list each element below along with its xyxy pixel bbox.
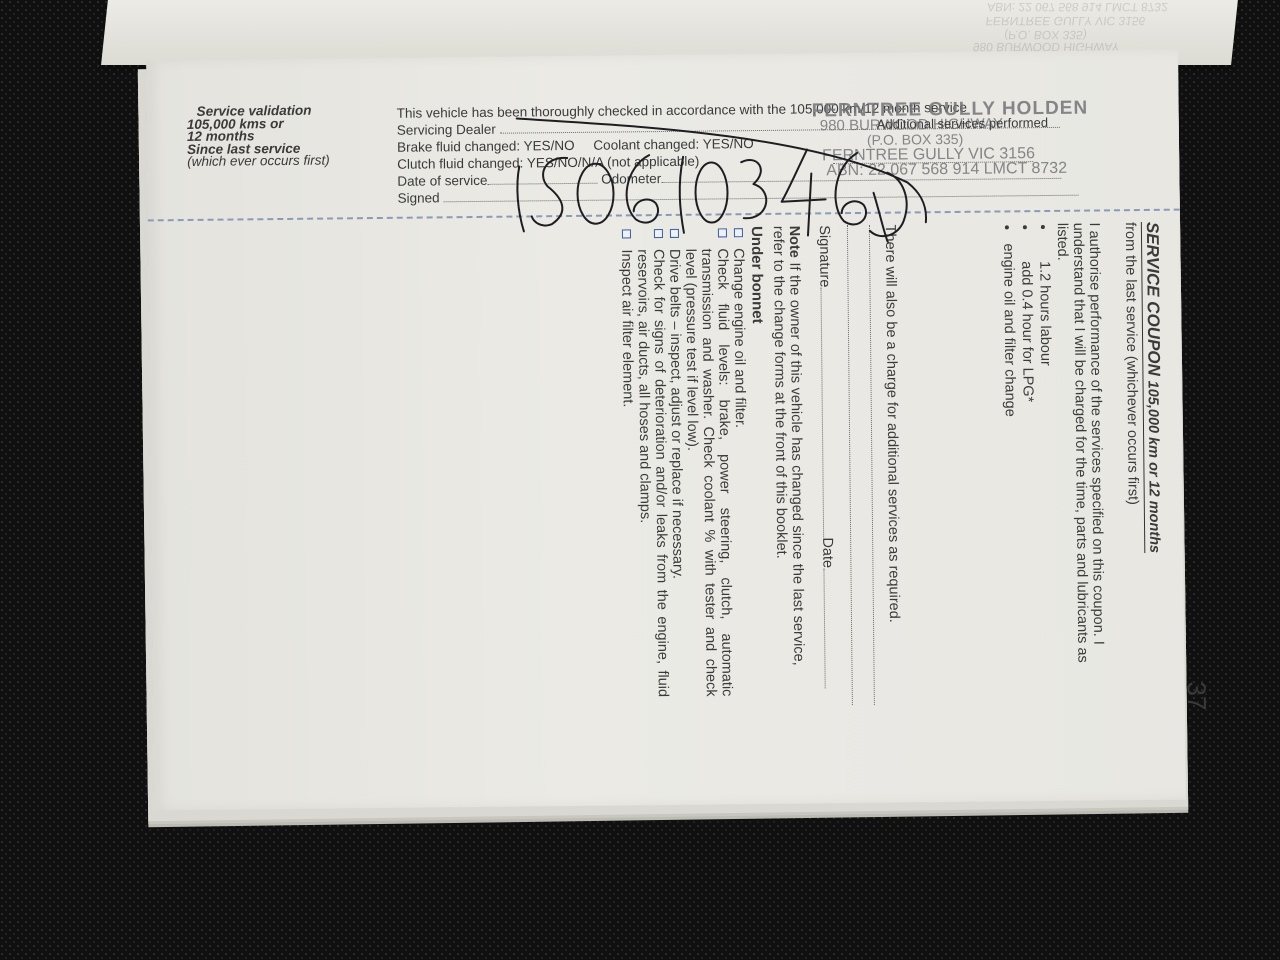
coolant-option[interactable]: Coolant changed: YES/NO (593, 136, 754, 153)
clutch-fluid-option[interactable]: Clutch fluid changed: YES/NO/N/A (not ap… (397, 154, 699, 172)
mirrored-stamp-line: ABN: 22 067 568 914 LMCT 8732 (986, 0, 1168, 14)
additional-services-line-2[interactable] (847, 225, 853, 705)
checkbox-icon[interactable] (670, 229, 679, 238)
page-number: 37 (1189, 681, 1205, 710)
date-of-service-label: Date of service (397, 173, 487, 189)
coupon-title: SERVICE COUPON 105,000 km or 12 months (1141, 222, 1163, 553)
checkbox-icon[interactable] (654, 229, 663, 238)
list-item: add 0.4 hour for LPG* (1016, 223, 1036, 417)
coupon-interval: 105,000 km or 12 months (1145, 381, 1163, 554)
date-line[interactable] (823, 568, 835, 688)
additional-charge-notice: There will also be a charge for addition… (882, 225, 902, 623)
checkbox-icon[interactable] (718, 228, 727, 237)
note-text: If the owner of this vehicle has changed… (770, 226, 807, 666)
checklist-item: Check for signs of deterioration and/or … (634, 227, 671, 697)
signature-date-row: SignatureDate (816, 225, 837, 688)
under-bonnet-checklist: Change engine oil and filter. Check flui… (618, 226, 751, 697)
note-label: Note (786, 226, 802, 258)
labour-list: 1.2 hours labour add 0.4 hour for LPG* e… (998, 223, 1054, 417)
servicing-dealer-label: Servicing Dealer (397, 122, 496, 138)
validation-label: Service validation 105,000 kms or 12 mon… (187, 105, 330, 169)
checkbox-icon[interactable] (734, 228, 743, 237)
date-label: Date (819, 537, 835, 568)
list-item: 1.2 hours labour (1034, 223, 1054, 417)
ownership-note: Note If the owner of this vehicle has ch… (770, 226, 807, 666)
bullet-icon (1005, 225, 1009, 229)
service-validation-section: Service validation 105,000 kms or 12 mon… (146, 50, 1180, 223)
list-item: engine oil and filter change (998, 223, 1018, 417)
dealer-stamp: FERNTREE GULLY HOLDEN 980 BURWOOD HIGHWA… (812, 101, 1089, 179)
booklet-page: Service validation 105,000 kms or 12 mon… (146, 50, 1186, 811)
validation-whichever: (which ever occurs first) (187, 155, 330, 169)
checkbox-icon[interactable] (622, 229, 631, 238)
bullet-icon (1023, 225, 1027, 229)
signed-line[interactable] (443, 185, 1078, 203)
service-coupon: SERVICE COUPON 105,000 km or 12 months f… (360, 222, 1166, 790)
additional-services-line-1[interactable] (869, 225, 875, 705)
dealer-abn-lmct: ABN: 22 067 568 914 LMCT 8732 (812, 161, 1089, 179)
additional-services-label: Additional services performed (877, 115, 1048, 132)
odometer-label: Odometer (601, 171, 661, 187)
mirrored-stamp-line: FERNTREE GULLY VIC 3156 (985, 14, 1146, 28)
coupon-subtitle: from the last service (whichever occurs … (1122, 222, 1141, 505)
signature-line[interactable] (821, 287, 835, 537)
date-of-service-line[interactable] (487, 173, 597, 185)
authorisation-statement: I authorise performance of the services … (1054, 222, 1107, 682)
brake-fluid-option[interactable]: Brake fluid changed: YES/NO (397, 138, 575, 155)
section-heading-under-bonnet: Under bonnet (748, 226, 765, 324)
checklist-item: Check fluid levels: brake, power steerin… (682, 226, 735, 696)
signed-label: Signed (397, 190, 439, 205)
signature-label: Signature (816, 225, 833, 287)
bullet-icon (1041, 225, 1045, 229)
